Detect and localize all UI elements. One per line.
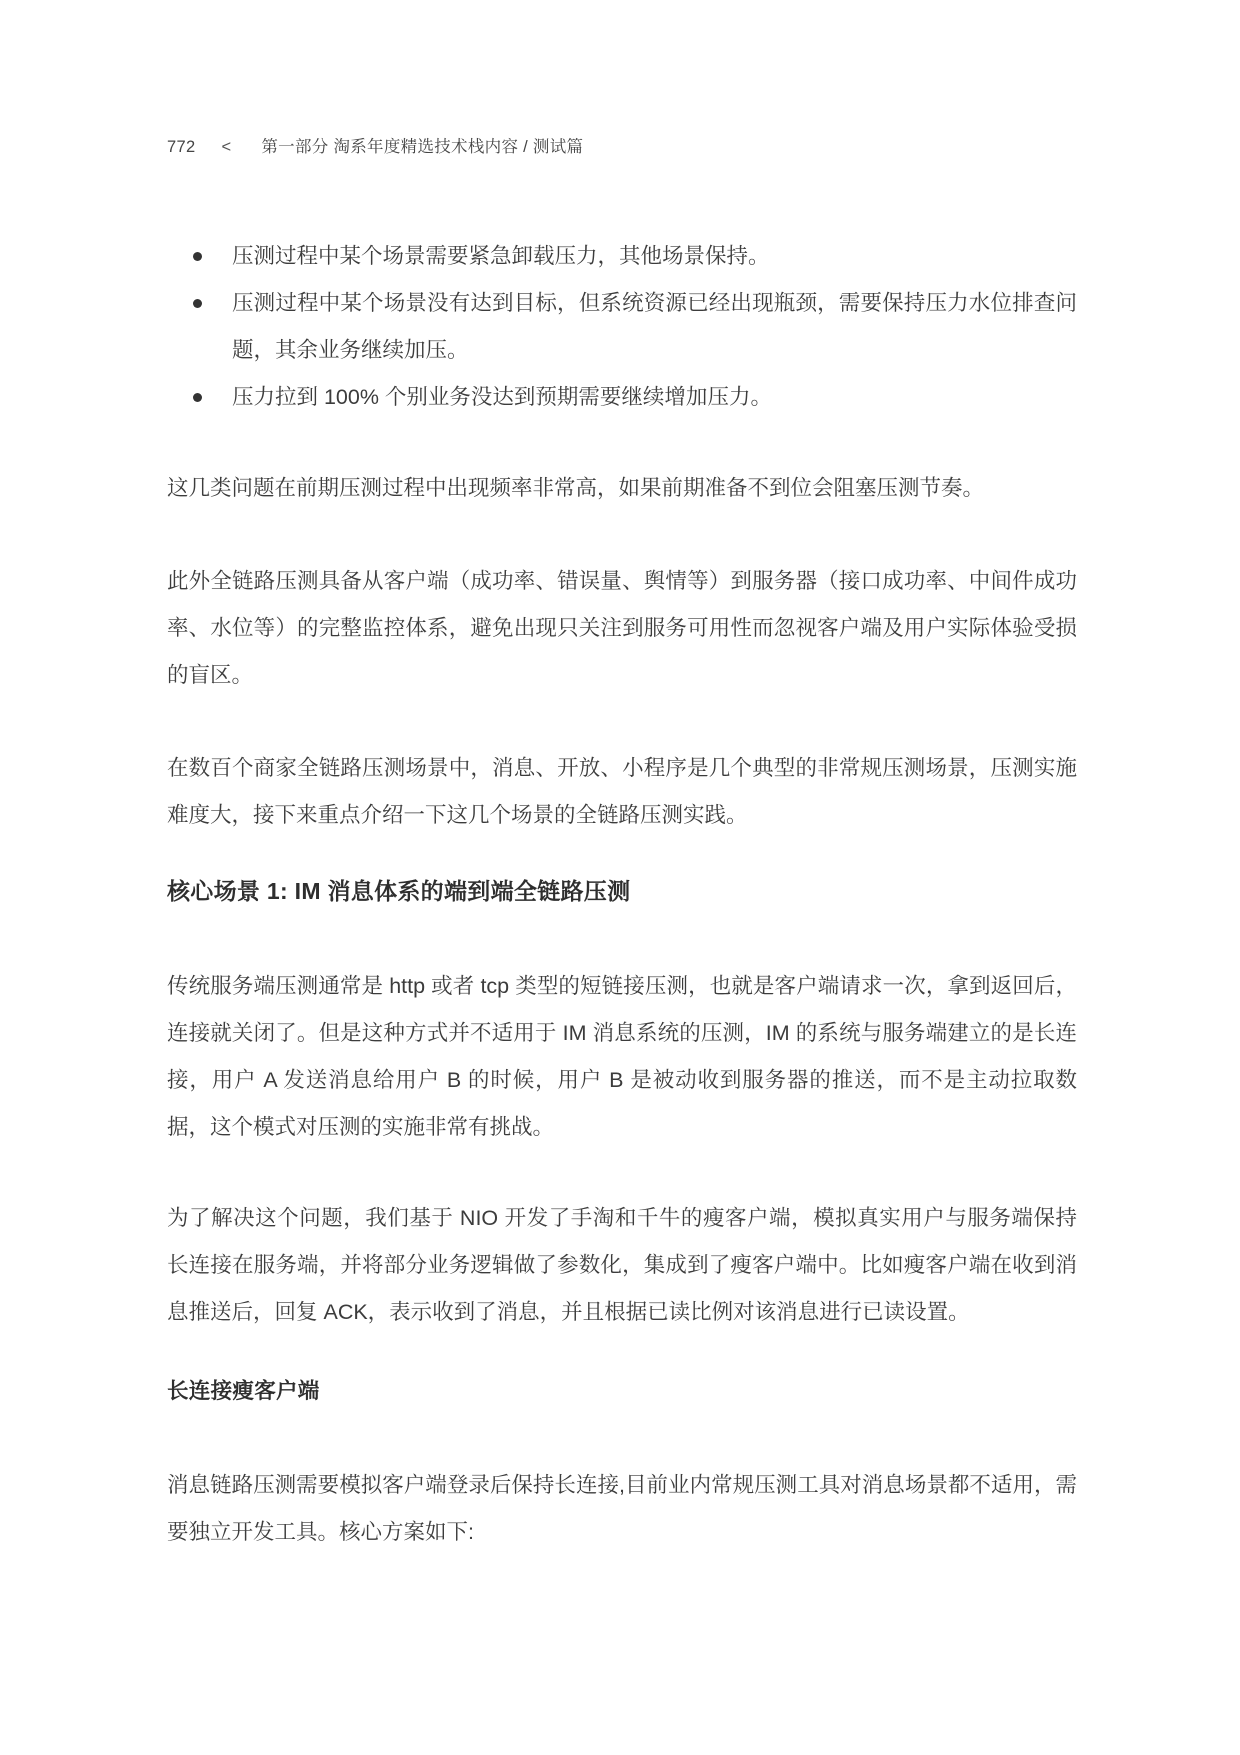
paragraph-message-link-test: 消息链路压测需要模拟客户端登录后保持长连接,目前业内常规压测工具对消息场景都不适… <box>167 1462 1077 1556</box>
list-item-bottleneck: 压测过程中某个场景没有达到目标，但系统资源已经出现瓶颈，需要保持压力水位排查问题… <box>167 280 1077 374</box>
paragraph-nio-thin-client: 为了解决这个问题，我们基于 NIO 开发了手淘和千牛的瘦客户端，模拟真实用户与服… <box>167 1195 1077 1336</box>
page-header: 772<第一部分 淘系年度精选技术栈内容 / 测试篇 <box>167 136 1077 158</box>
list-item-increase-pressure: 压力拉到 100% 个别业务没达到预期需要继续增加压力。 <box>167 374 1077 421</box>
paragraph-intro-problems: 这几类问题在前期压测过程中出现频率非常高，如果前期准备不到位会阻塞压测节奏。 <box>167 465 1077 512</box>
paragraph-typical-scenarios: 在数百个商家全链路压测场景中，消息、开放、小程序是几个典型的非常规压测场景，压测… <box>167 745 1077 839</box>
bullet-list: 压测过程中某个场景需要紧急卸载压力，其他场景保持。 压测过程中某个场景没有达到目… <box>167 233 1077 421</box>
section-heading-core-scene-1: 核心场景 1: IM 消息体系的端到端全链路压测 <box>167 875 1077 907</box>
paragraph-traditional-load-test: 传统服务端压测通常是 http 或者 tcp 类型的短链接压测，也就是客户端请求… <box>167 963 1077 1151</box>
breadcrumb-separator: < <box>221 138 231 156</box>
breadcrumb: 第一部分 淘系年度精选技术栈内容 / 测试篇 <box>261 138 583 156</box>
subsection-heading-thin-client: 长连接瘦客户端 <box>167 1376 1077 1406</box>
list-item-unload-pressure: 压测过程中某个场景需要紧急卸载压力，其他场景保持。 <box>167 233 1077 280</box>
paragraph-monitoring-system: 此外全链路压测具备从客户端（成功率、错误量、舆情等）到服务器（接口成功率、中间件… <box>167 558 1077 699</box>
page-number: 772 <box>167 138 195 156</box>
document-page: 772<第一部分 淘系年度精选技术栈内容 / 测试篇 压测过程中某个场景需要紧急… <box>0 0 1240 1755</box>
